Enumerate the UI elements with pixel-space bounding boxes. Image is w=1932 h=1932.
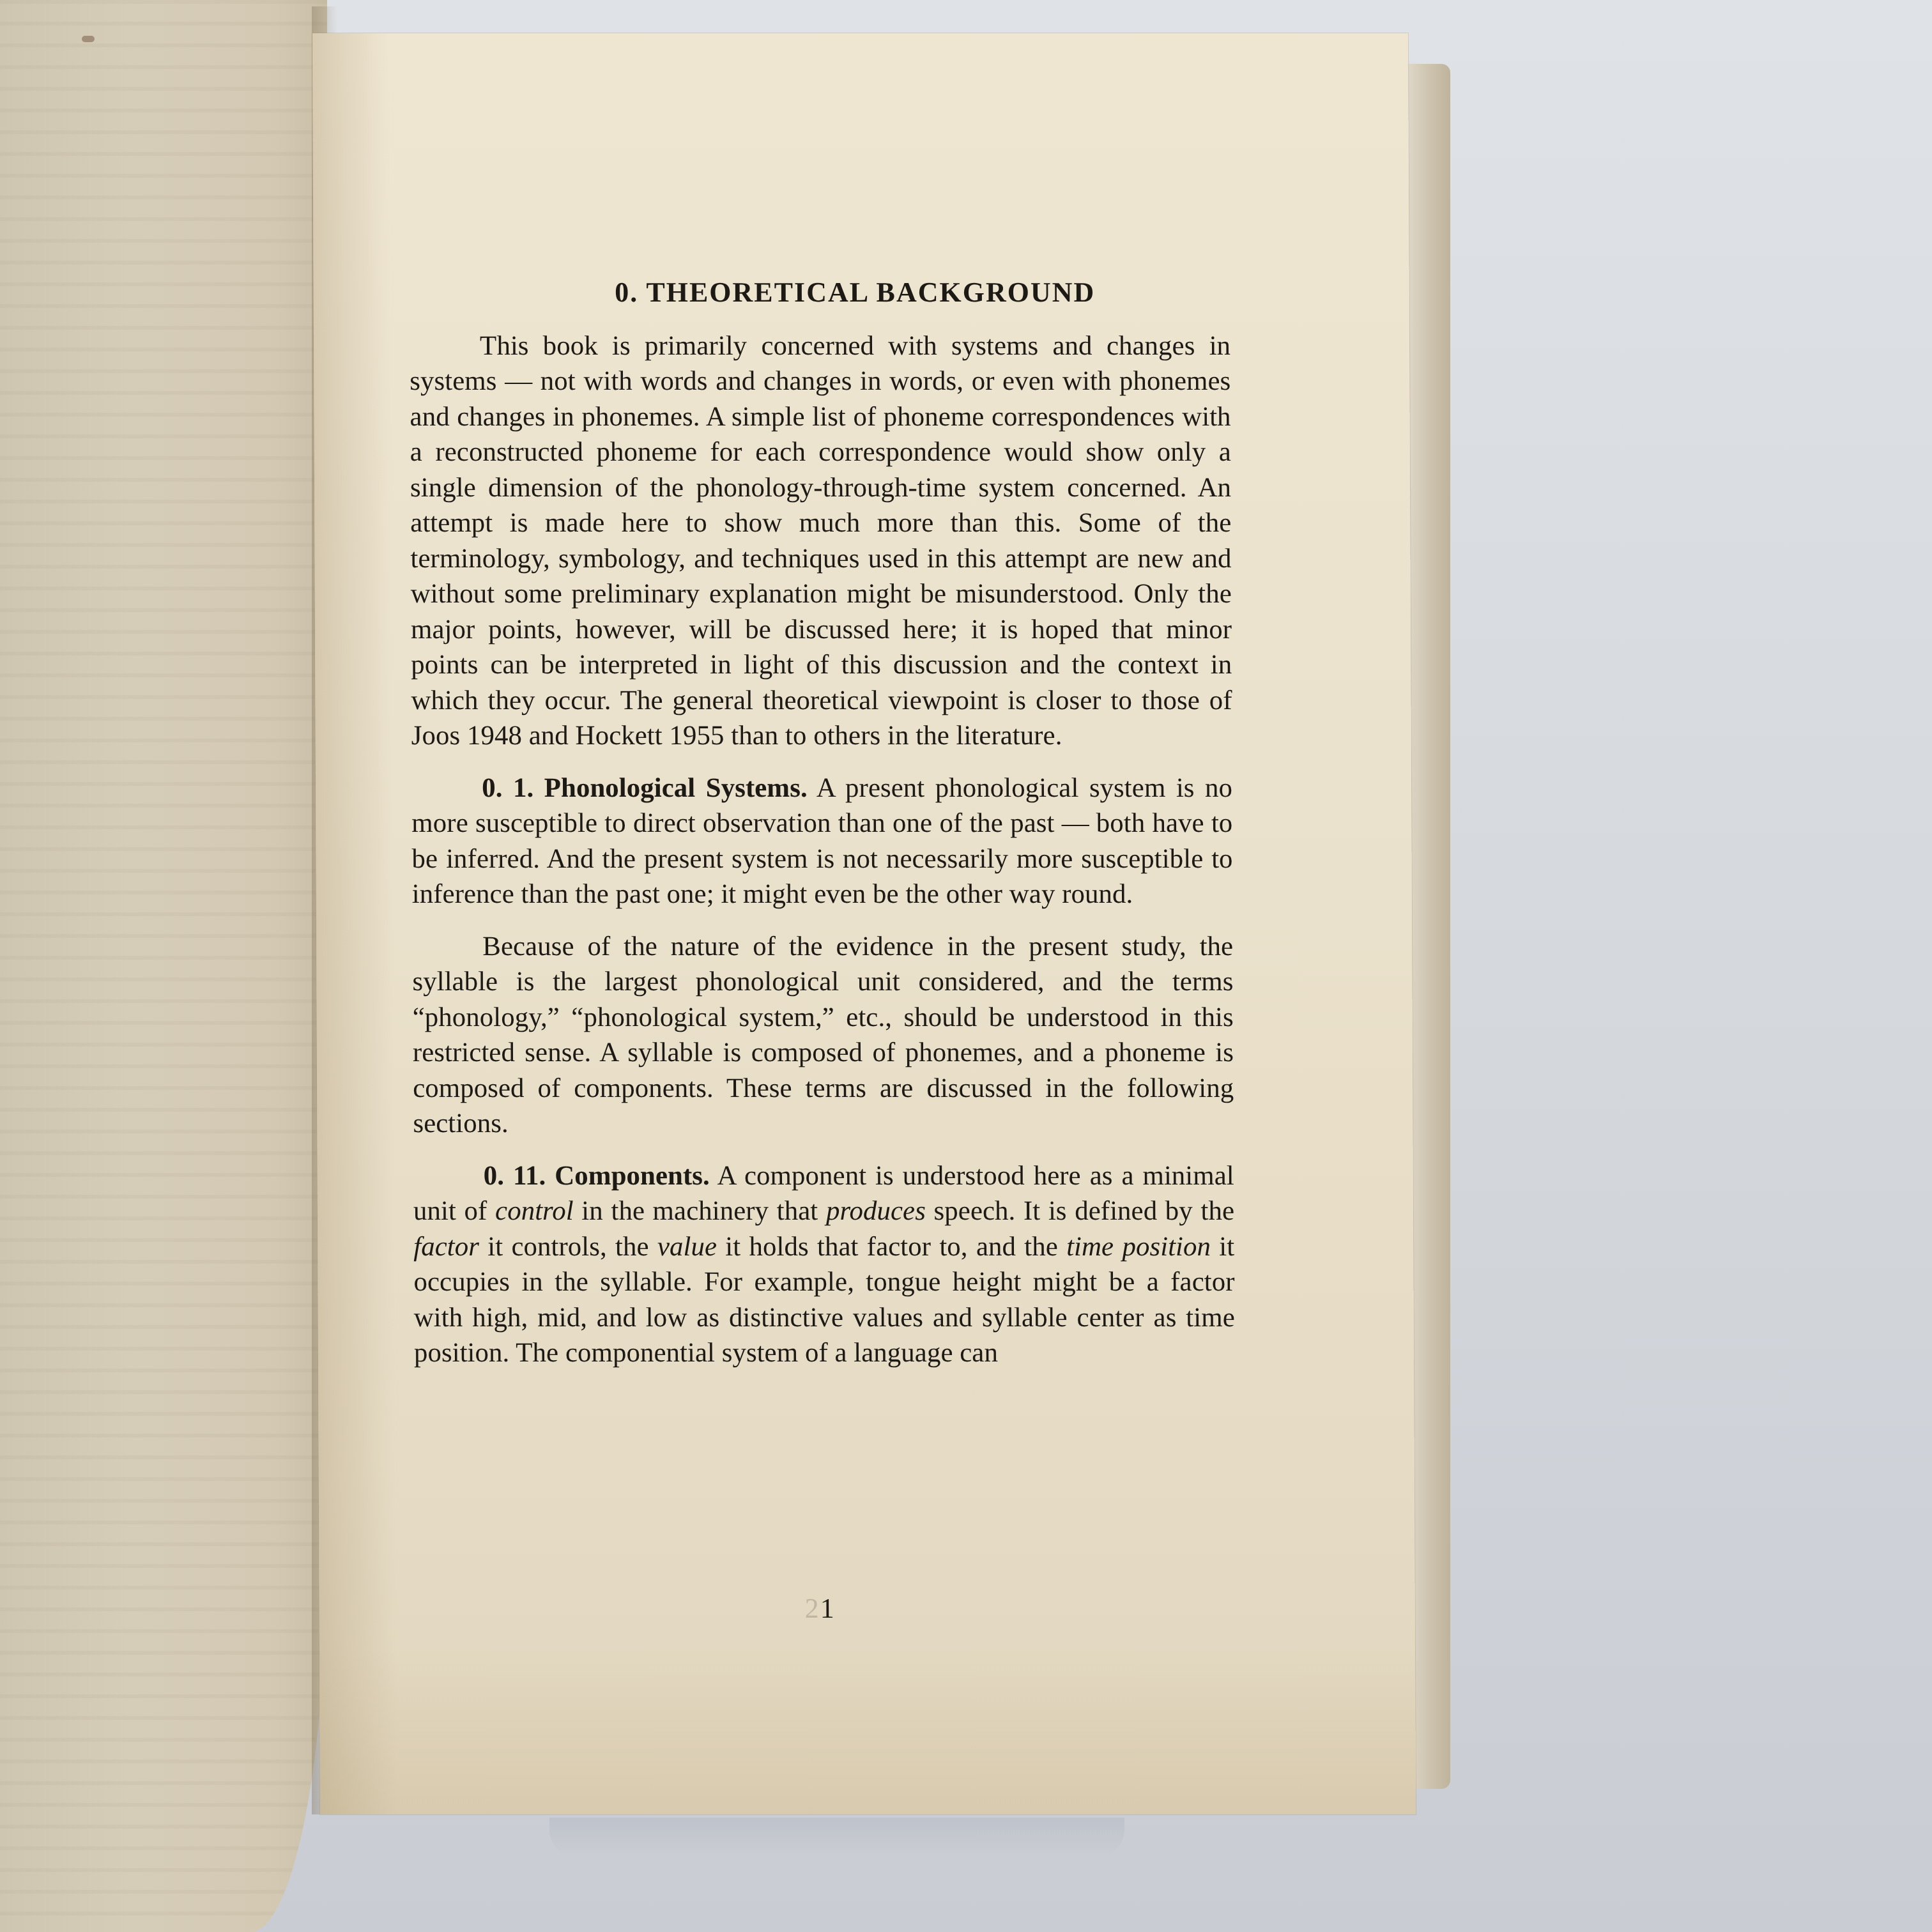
page-number: 21 [805, 1592, 834, 1625]
italic-term-control: control [495, 1196, 574, 1226]
photo-scene: 0. THEORETICAL BACKGROUND This book is p… [0, 0, 1932, 1932]
because-text: Because of the nature of the evidence in… [412, 931, 1234, 1139]
italic-term-produces: produces [826, 1196, 926, 1226]
intro-text: This book is primarily concerned with sy… [410, 331, 1232, 751]
section-0-11-heading: 0. 11. Components. [484, 1161, 710, 1191]
section-0-11-text: speech. It is defined by the [926, 1196, 1234, 1226]
section-0-11-text: it holds that factor to, and the [717, 1232, 1066, 1262]
page-number-smudge: 2 [805, 1593, 819, 1624]
page-text-block: 0. THEORETICAL BACKGROUND This book is p… [410, 275, 1236, 1388]
intro-paragraph: This book is primarily concerned with sy… [410, 328, 1232, 754]
italic-term-factor: factor [413, 1232, 479, 1262]
left-blank-page [0, 0, 327, 1932]
book-page: 0. THEORETICAL BACKGROUND This book is p… [312, 33, 1416, 1814]
section-0-11-text: it controls, the [479, 1232, 657, 1262]
section-0-11-text: in the machinery that [574, 1196, 826, 1226]
foxing-spot [82, 36, 95, 42]
plastic-cover-edge [549, 1818, 1124, 1856]
section-0-1-heading: 0. 1. Phonological Systems. [482, 773, 808, 803]
section-0-11-paragraph: 0. 11. Components. A component is unders… [413, 1158, 1235, 1371]
italic-term-time-position: time position [1066, 1232, 1211, 1262]
page-number-value: 1 [820, 1593, 834, 1624]
section-0-1-paragraph: 0. 1. Phonological Systems. A present ph… [411, 770, 1233, 912]
paper-texture [0, 0, 327, 1932]
italic-term-value: value [657, 1232, 717, 1262]
because-paragraph: Because of the nature of the evidence in… [412, 929, 1234, 1142]
chapter-heading: 0. THEORETICAL BACKGROUND [410, 275, 1230, 310]
